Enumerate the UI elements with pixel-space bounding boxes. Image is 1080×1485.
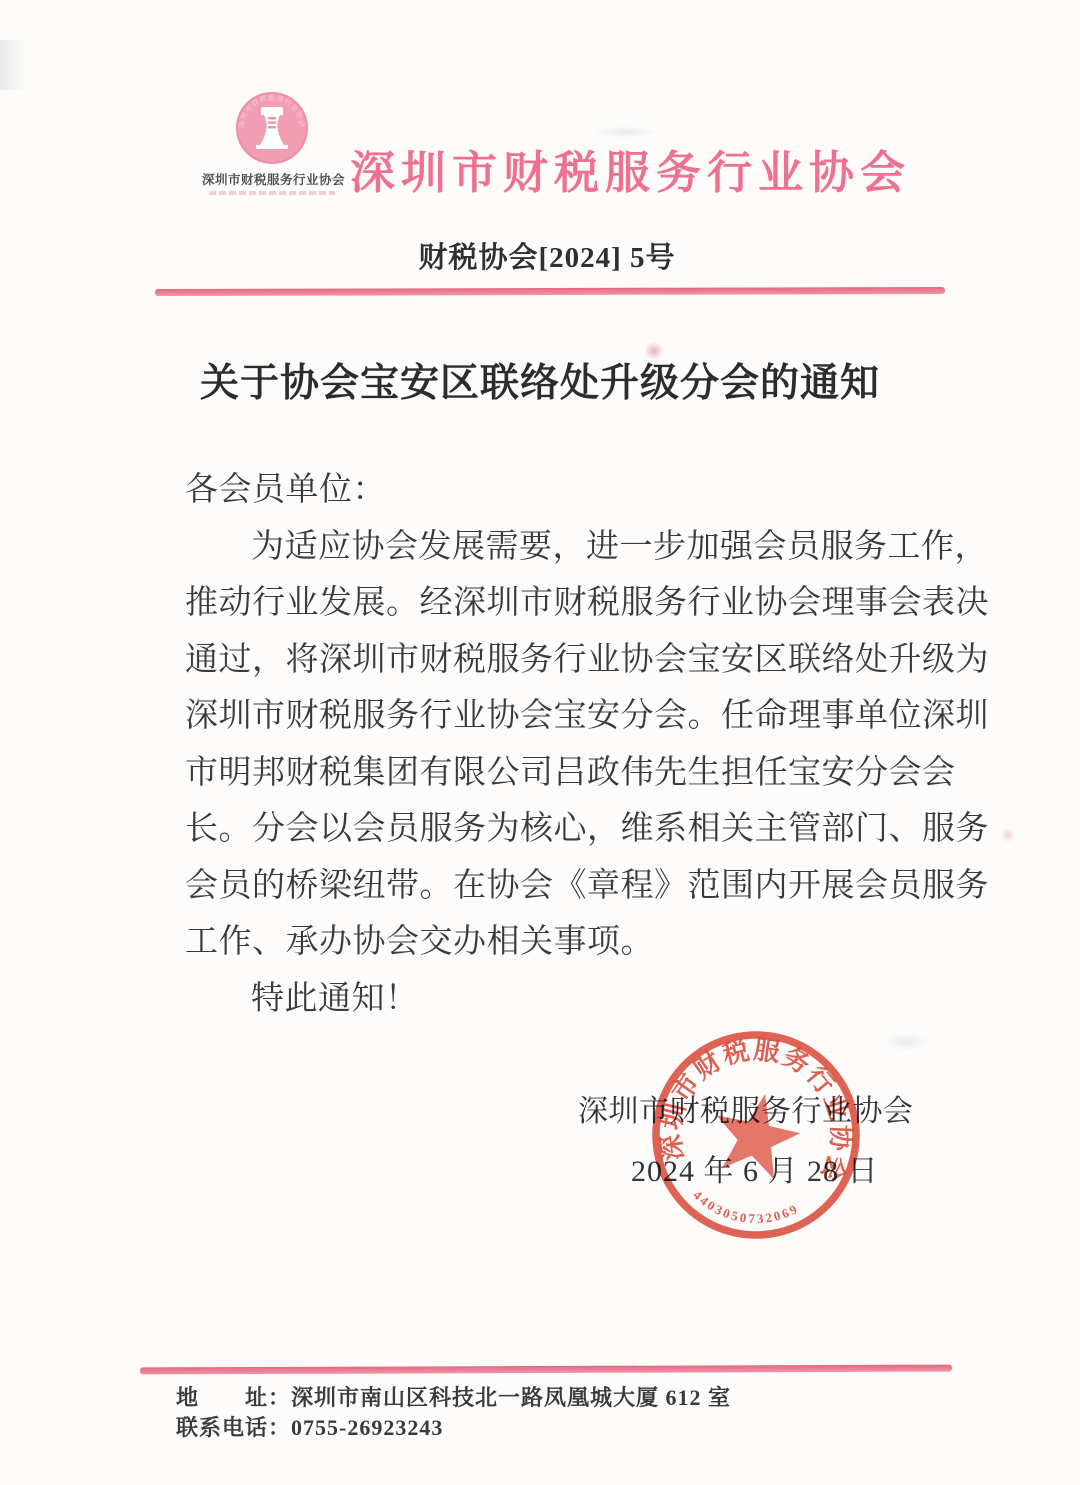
body-line: 各会员单位：	[185, 462, 909, 519]
association-logo: 深圳市财税服务行业协会 深圳市财税服务行业协会	[202, 90, 342, 195]
header-rule	[155, 287, 945, 296]
scan-artifact	[1000, 828, 1016, 842]
body-line: 特此通知！	[185, 971, 909, 1028]
notice-body: 各会员单位：为适应协会发展需要，进一步加强会员服务工作，推动行业发展。经深圳市财…	[185, 462, 909, 1027]
body-line: 长。分会以会员服务为核心，维系相关主管部门、服务	[185, 801, 909, 858]
footer-rule	[140, 1365, 952, 1375]
body-line: 工作、承办协会交办相关事项。	[185, 914, 909, 971]
logo-caption: 深圳市财税服务行业协会	[202, 170, 342, 188]
official-seal-stamp: 深圳市财税服务行业协会 4403050732069	[645, 1024, 867, 1246]
notice-title: 关于协会宝安区联络处升级分会的通知	[0, 352, 1080, 408]
scan-artifact	[884, 1033, 928, 1051]
body-line: 会员的桥梁纽带。在协会《章程》范围内开展会员服务	[185, 858, 909, 915]
document-page: 深圳市财税服务行业协会 深圳市财税服务行业协会 深圳市财税服务行业协会 财税协会…	[0, 0, 1080, 1485]
seal-registration-number: 4403050732069	[688, 1186, 804, 1233]
logo-tower-glyphs	[268, 117, 276, 128]
body-line: 市明邦财税集团有限公司吕政伟先生担任宝安分会会	[185, 745, 909, 802]
logo-english-line	[209, 191, 335, 195]
body-line: 推动行业发展。经深圳市财税服务行业协会理事会表决	[185, 575, 909, 632]
association-logo-emblem: 深圳市财税服务行业协会	[230, 90, 314, 168]
body-line: 通过，将深圳市财税服务行业协会宝安区联络处升级为	[185, 632, 909, 689]
seal-star-icon	[706, 1085, 807, 1182]
body-line: 深圳市财税服务行业协会宝安分会。任命理事单位深圳	[185, 688, 909, 745]
footer-address: 地 址：深圳市南山区科技北一路凤凰城大厦 612 室	[176, 1381, 731, 1412]
document-number: 财税协会[2024] 5号	[0, 235, 1080, 276]
scan-artifact	[0, 40, 26, 90]
org-title: 深圳市财税服务行业协会	[350, 136, 911, 201]
body-line: 为适应协会发展需要，进一步加强会员服务工作，	[185, 519, 909, 576]
svg-text:4403050732069: 4403050732069	[688, 1186, 804, 1233]
footer-phone: 联系电话：0755-26923243	[176, 1411, 443, 1442]
